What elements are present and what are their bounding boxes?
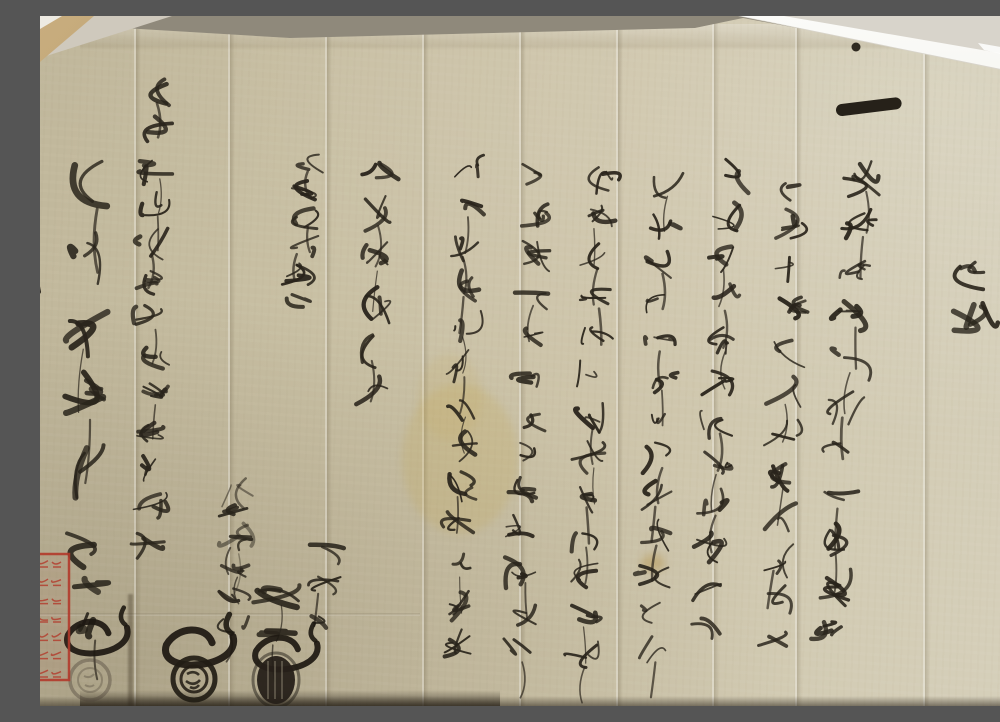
calligraphy-column-line-1: 曖茂私残り劒薮師新宕: [809, 159, 886, 641]
calligraphy-column-line-7: 案内遠く勤め下け和為候上意ニ: [437, 154, 489, 657]
calligraphy-column-line-6: 村方琉役急〻不申為〻入置候哉: [500, 164, 554, 698]
calligraphy-column-line-3: 守被浅勢束り上ニ而釜地〆に: [688, 159, 750, 639]
manuscript-photo: 足上曖茂私残り劒薮師新宕折違〻傳へ馬下〻に酒迠ヶ様鐵守被浅勢束り上ニ而釜地〆に㕝…: [40, 16, 1000, 706]
calligraphy-column-line-2: 折違〻傳へ馬下〻に酒迠ヶ様鐵: [754, 183, 815, 647]
calligraphy-column-sig-village: 花隈村: [306, 544, 344, 628]
calligraphy-column-line-11: 御彼〻人ヶ年: [58, 160, 113, 567]
ink-mark-ink-dot: [852, 43, 861, 52]
ink-mark-item-dash: [842, 103, 896, 110]
calligraphy-column-line-8: 奉り上候以上: [354, 162, 399, 405]
black-seal-faint: [70, 660, 110, 700]
calligraphy-column-line-10: 右之通杉〻沙尾ヶ坐付鋃原郷中江: [129, 79, 176, 559]
calligraphy-column-line-5: 鞁點相烏茅て出入向偏に私仕切候: [563, 167, 621, 704]
calligraphy-column-line-4: 㕝毛も無く角〆し給〻ニ而御法度候: [630, 172, 684, 698]
black-seal-oval: [253, 653, 299, 706]
calligraphy-column-endorsement: 足上: [952, 262, 998, 332]
calligraphy-column-date-line: 寛政七卯六月: [281, 153, 324, 308]
red-collection-seal: [40, 554, 69, 680]
calligraphy-ink-layer: 足上曖茂私残り劒薮師新宕折違〻傳へ馬下〻に酒迠ヶ様鐵守被浅勢束り上ニ而釜地〆に㕝…: [40, 16, 1000, 706]
